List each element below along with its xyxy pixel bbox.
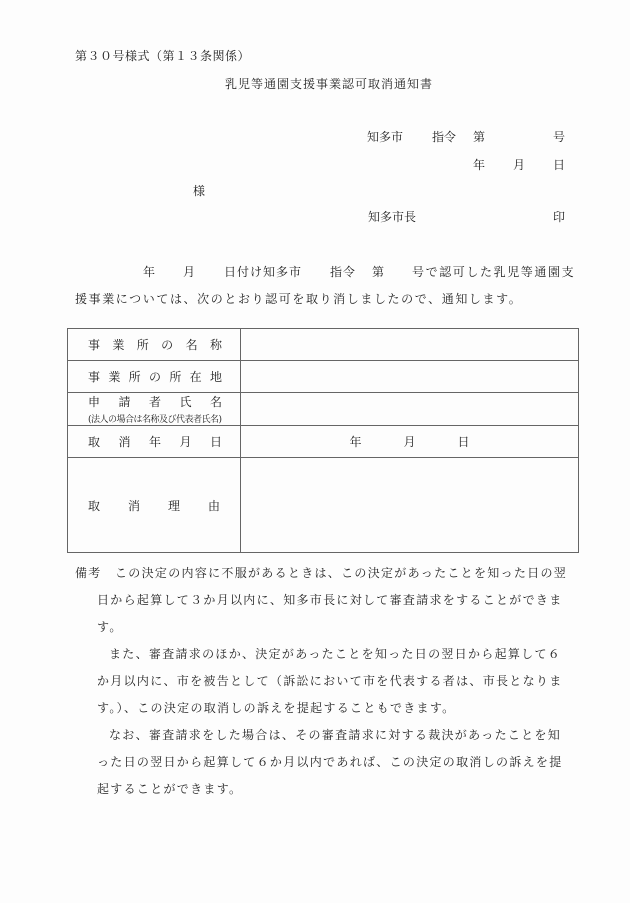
issue-month: 月 <box>513 159 525 171</box>
applicant-note: (法人の場合は名称及び代表者氏名) <box>68 412 240 425</box>
label-facility-name: 事 業 所 の 名 称 <box>68 329 241 361</box>
value-facility-name[interactable] <box>241 329 579 361</box>
remarks-paragraph-1: この決定の内容に不服があるときは、この決定があったことを知った日の翌 日から起算… <box>75 560 585 641</box>
intro-day-city: 日付け知多市 <box>224 266 302 278</box>
remarks-paragraph-2: また、審査請求のほか、決定があったことを知った日の翌日から起算して６ か月以内に… <box>75 641 585 722</box>
issuer-city: 知多市 <box>367 131 403 143</box>
issue-day: 日 <box>553 159 565 171</box>
mayor-title: 知多市長 <box>368 211 416 223</box>
label-cancel-date: 取 消 年 月 日 <box>68 426 241 458</box>
intro-year: 年 <box>143 266 155 278</box>
intro-month: 月 <box>183 266 195 278</box>
table-row-cancel-date: 取 消 年 月 日 年 月 日 <box>68 426 579 458</box>
table-row-facility-name: 事 業 所 の 名 称 <box>68 329 579 361</box>
seal-mark: 印 <box>553 211 565 223</box>
label-facility-address: 事 業 所 の 所 在 地 <box>68 361 241 393</box>
intro-line2: 援事業については、次のとおり認可を取り消しましたので、通知します。 <box>75 293 522 305</box>
form-number: 第３０号様式（第１３条関係） <box>75 50 250 62</box>
document-title: 乳児等通園支援事業認可取消通知書 <box>225 78 433 90</box>
value-applicant[interactable] <box>241 393 579 426</box>
remarks-section: 備考 この決定の内容に不服があるときは、この決定があったことを知った日の翌 日か… <box>75 560 585 803</box>
number-prefix: 第 <box>473 131 485 143</box>
value-cancel-date[interactable]: 年 月 日 <box>241 426 579 458</box>
order-label: 指令 <box>432 131 456 143</box>
table-row-cancel-reason: 取 消 理 由 <box>68 458 579 553</box>
notice-table: 事 業 所 の 名 称 事 業 所 の 所 在 地 <box>67 328 579 553</box>
recipient-honorific: 様 <box>193 185 205 197</box>
number-suffix: 号 <box>553 131 565 143</box>
label-cancel-reason: 取 消 理 由 <box>68 458 241 553</box>
remarks-paragraph-3: なお、審査請求をした場合は、その審査請求に対する裁決があったことを知 った日の翌… <box>75 722 585 803</box>
issue-year: 年 <box>473 159 485 171</box>
value-cancel-reason[interactable] <box>241 458 579 553</box>
intro-dai: 第 <box>372 266 384 278</box>
table-row-applicant: 申 請 者 氏 名 (法人の場合は名称及び代表者氏名) <box>68 393 579 426</box>
value-facility-address[interactable] <box>241 361 579 393</box>
remarks-heading: 備考 <box>75 560 102 587</box>
intro-order: 指令 <box>330 266 356 278</box>
table-row-facility-address: 事 業 所 の 所 在 地 <box>68 361 579 393</box>
intro-rest: 号で認可した乳児等通園支 <box>412 266 575 278</box>
label-applicant: 申 請 者 氏 名 (法人の場合は名称及び代表者氏名) <box>68 393 241 426</box>
